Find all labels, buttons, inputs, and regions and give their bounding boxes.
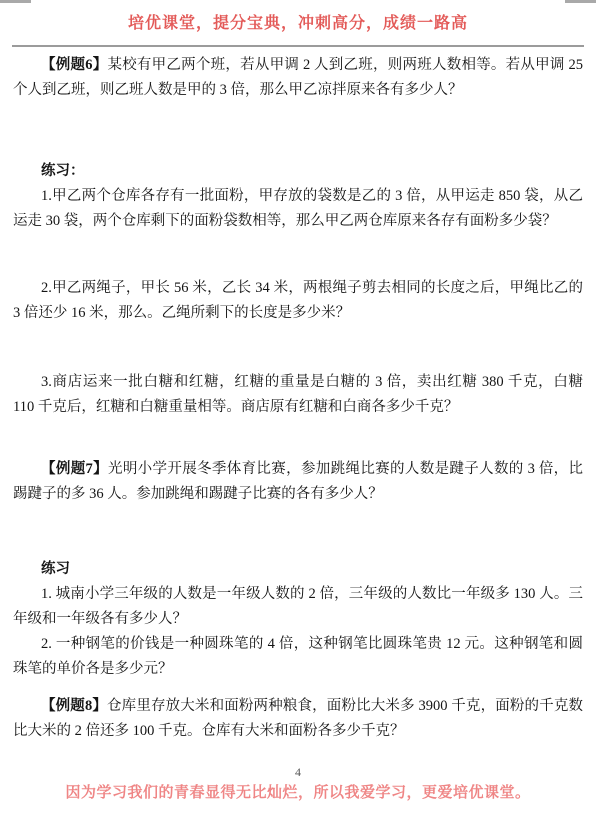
example-8-label: 【例题8】: [41, 698, 107, 714]
practice1-problem-1: 1.甲乙两个仓库各存有一批面粉，甲存放的袋数是乙的 3 倍，从甲运走 850 袋…: [13, 184, 583, 234]
example-7-label: 【例题7】: [41, 461, 108, 477]
practice1-problem-2: 2.甲乙两绳子，甲长 56 米，乙长 34 米，两根绳子剪去相同的长度之后，甲绳…: [13, 276, 583, 326]
example-6-label: 【例题6】: [41, 57, 107, 73]
page-number: 4: [0, 765, 596, 780]
practice2-problem-1: 1. 城南小学三年级的人数是一年级人数的 2 倍，三年级的人数比一年级多 130…: [13, 582, 583, 632]
practice-heading-2: 练习: [13, 557, 583, 582]
worksheet-page: { "header": { "slogan": "培优课堂，提分宝典，冲刺高分，…: [0, 0, 596, 825]
page-edge-mark-left: [0, 0, 31, 3]
page-edge-mark-right: [565, 0, 596, 3]
practice-heading-1: 练习：: [13, 159, 583, 184]
practice1-problem-3: 3.商店运来一批白糖和红糖，红糖的重量是白糖的 3 倍，卖出红糖 380 千克，…: [13, 370, 583, 420]
footer-slogan: 因为学习我们的青春显得无比灿烂，所以我爱学习，更爱培优课堂。: [0, 781, 596, 802]
practice2-problem-2: 2. 一种钢笔的价钱是一种圆珠笔的 4 倍，这种钢笔比圆珠笔贵 12 元。这种钢…: [13, 632, 583, 682]
example-7-paragraph: 【例题7】光明小学开展冬季体育比赛，参加跳绳比赛的人数是踺子人数的 3 倍，比踢…: [13, 457, 583, 507]
header-slogan: 培优课堂，提分宝典，冲刺高分，成绩一路高: [0, 0, 596, 33]
worksheet-content: 【例题6】某校有甲乙两个班，若从甲调 2 人到乙班，则两班人数相等。若从甲调 2…: [0, 53, 596, 744]
example-6-paragraph: 【例题6】某校有甲乙两个班，若从甲调 2 人到乙班，则两班人数相等。若从甲调 2…: [13, 53, 583, 103]
example-8-paragraph: 【例题8】仓库里存放大米和面粉两种粮食，面粉比大米多 3900 千克，面粉的千克…: [13, 694, 583, 744]
header-divider: [12, 45, 584, 47]
